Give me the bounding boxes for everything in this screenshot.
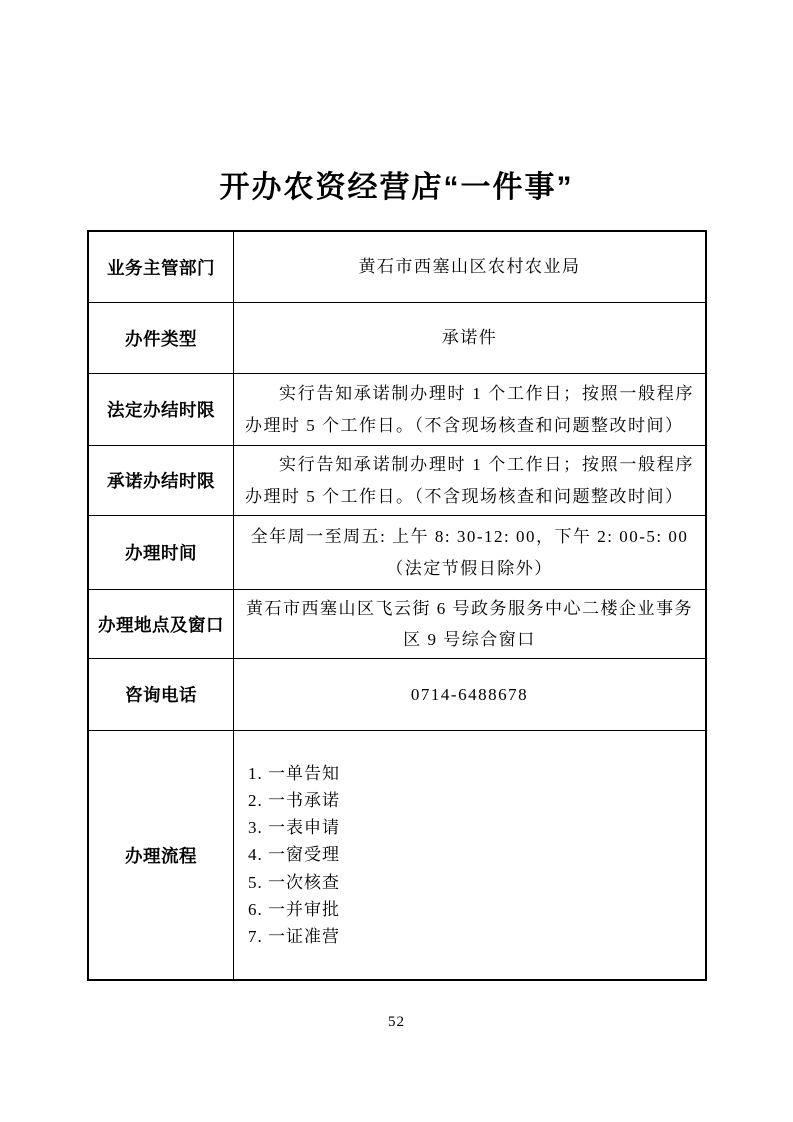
row-value-promised-time-limit: 实行告知承诺制办理时 1 个工作日；按照一般程序办理时 5 个工作日。（不含现场…: [234, 446, 705, 515]
table-row: 承诺办结时限 实行告知承诺制办理时 1 个工作日；按照一般程序办理时 5 个工作…: [89, 445, 705, 515]
row-label-consult-phone: 咨询电话: [89, 659, 234, 730]
table-row: 法定办结时限 实行告知承诺制办理时 1 个工作日；按照一般程序办理时 5 个工作…: [89, 373, 705, 445]
row-label-promised-time-limit: 承诺办结时限: [89, 446, 234, 515]
page-title: 开办农资经营店“一件事”: [0, 162, 793, 206]
row-label-office-hours: 办理时间: [89, 516, 234, 589]
row-value-location-window: 黄石市西塞山区飞云街 6 号政务服务中心二楼企业事务区 9 号综合窗口: [234, 590, 705, 658]
row-label-statutory-time-limit: 法定办结时限: [89, 374, 234, 445]
row-label-item-type: 办件类型: [89, 303, 234, 373]
row-label-supervising-department: 业务主管部门: [89, 232, 234, 302]
row-label-location-window: 办理地点及窗口: [89, 590, 234, 658]
row-value-statutory-time-limit: 实行告知承诺制办理时 1 个工作日；按照一般程序办理时 5 个工作日。（不含现场…: [234, 374, 705, 445]
table-row: 咨询电话 0714-6488678: [89, 658, 705, 730]
row-value-supervising-department: 黄石市西塞山区农村农业局: [234, 232, 705, 302]
row-value-process: 1. 一单告知 2. 一书承诺 3. 一表申请 4. 一窗受理 5. 一次核查 …: [234, 731, 705, 979]
table-row: 办件类型 承诺件: [89, 302, 705, 373]
row-value-item-type: 承诺件: [234, 303, 705, 373]
document-page: 开办农资经营店“一件事” 业务主管部门 黄石市西塞山区农村农业局 办件类型 承诺…: [0, 0, 793, 1122]
row-value-office-hours: 全年周一至周五: 上午 8: 30-12: 00，下午 2: 00-5: 00（…: [234, 516, 705, 589]
table-row: 业务主管部门 黄石市西塞山区农村农业局: [89, 232, 705, 302]
row-value-consult-phone: 0714-6488678: [234, 659, 705, 730]
page-number: 52: [0, 1014, 793, 1031]
info-table: 业务主管部门 黄石市西塞山区农村农业局 办件类型 承诺件 法定办结时限 实行告知…: [87, 230, 707, 981]
table-row: 办理地点及窗口 黄石市西塞山区飞云街 6 号政务服务中心二楼企业事务区 9 号综…: [89, 589, 705, 658]
table-row: 办理时间 全年周一至周五: 上午 8: 30-12: 00，下午 2: 00-5…: [89, 515, 705, 589]
row-label-process: 办理流程: [89, 731, 234, 979]
table-row: 办理流程 1. 一单告知 2. 一书承诺 3. 一表申请 4. 一窗受理 5. …: [89, 730, 705, 979]
